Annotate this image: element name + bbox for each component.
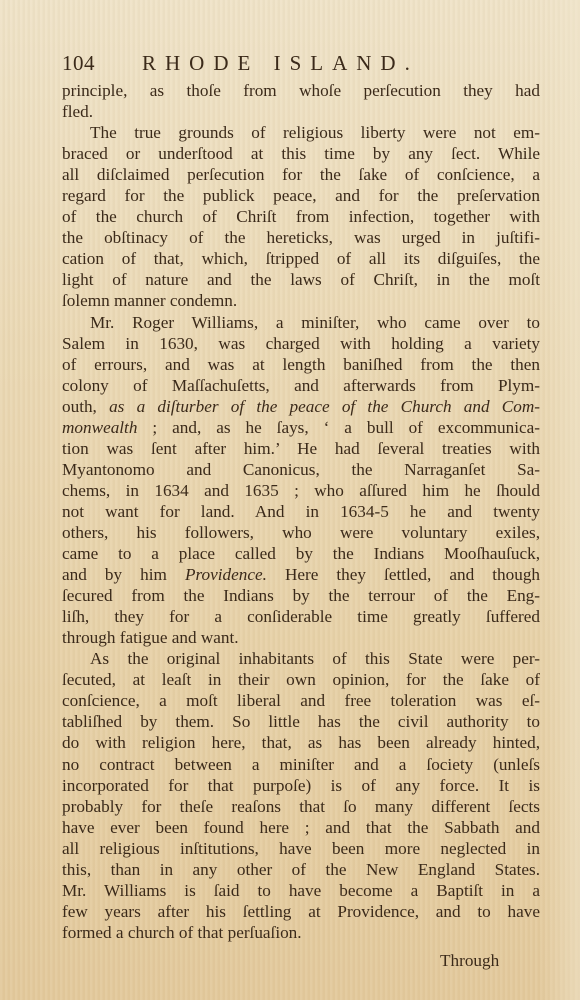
text-line: of the church of Chriſt from infection, …: [62, 206, 540, 227]
page-number: 104: [62, 48, 95, 78]
text-line: ſecuted, at leaſt in their own opinion, …: [62, 669, 540, 690]
text-line: few years after his ſettling at Providen…: [62, 901, 540, 922]
running-title: RHODE ISLAND.: [142, 48, 419, 78]
text-line: formed a church of that perſuaſion.: [62, 922, 540, 943]
text-line: all religious inſtitutions, have been mo…: [62, 838, 540, 859]
text-line: not want for land. And in 1634-5 he and …: [62, 501, 540, 522]
catchword: Through: [440, 950, 499, 972]
text-segment: Here they ſettled, and though: [267, 565, 540, 584]
text-line: probably for theſe reaſons that ſo many …: [62, 796, 540, 817]
text-line: through fatigue and want.: [62, 627, 540, 648]
text-line: outh, as a diſturber of the peace of the…: [62, 396, 540, 417]
text-line: principle, as thoſe from whoſe perſecuti…: [62, 80, 540, 101]
text-line: liſh, they for a conſiderable time great…: [62, 606, 540, 627]
book-page: 104 RHODE ISLAND. principle, as thoſe fr…: [0, 0, 580, 1000]
text-line: this, than in any other of the New Engla…: [62, 859, 540, 880]
text-line: As the original inhabitants of this Stat…: [62, 648, 540, 669]
text-line: the obſtinacy of the hereticks, was urge…: [62, 227, 540, 248]
italic-segment: Providence.: [185, 565, 267, 584]
page-header: 104 RHODE ISLAND.: [62, 48, 532, 78]
text-line: Salem in 1630, was charged with holding …: [62, 333, 540, 354]
text-line: colony of Maſſachuſetts, and afterwards …: [62, 375, 540, 396]
text-line: ſecured from the Indians by the terrour …: [62, 585, 540, 606]
text-line: light of nature and the laws of Chriſt, …: [62, 269, 540, 290]
italic-segment: monwealth: [62, 418, 137, 437]
text-line: do with religion here, that, as has been…: [62, 732, 540, 753]
text-line: came to a place called by the Indians Mo…: [62, 543, 540, 564]
text-line: Mr. Roger Williams, a miniſter, who came…: [62, 312, 540, 333]
text-line: tion was ſent after him.’ He had ſeveral…: [62, 438, 540, 459]
text-line: braced or underſtood at this time by any…: [62, 143, 540, 164]
text-line: regard for the publick peace, and for th…: [62, 185, 540, 206]
text-line: of errours, and was at length baniſhed f…: [62, 354, 540, 375]
body-text: principle, as thoſe from whoſe perſecuti…: [62, 80, 540, 943]
text-line: incorporated for that purpoſe) is of any…: [62, 775, 540, 796]
text-line: fled.: [62, 101, 540, 122]
text-segment: and by him: [62, 565, 185, 584]
text-segment: ; and, as he ſays, ‘ a bull of excommuni…: [137, 418, 540, 437]
text-segment: outh,: [62, 397, 109, 416]
text-line: Mr. Williams is ſaid to have become a Ba…: [62, 880, 540, 901]
text-line: no contract between a miniſter and a ſoc…: [62, 754, 540, 775]
text-line: Myantonomo and Canonicus, the Narraganſe…: [62, 459, 540, 480]
text-line: have ever been found here ; and that the…: [62, 817, 540, 838]
text-line: conſcience, a moſt liberal and free tole…: [62, 690, 540, 711]
italic-segment: as a diſturber of the peace of the Churc…: [109, 397, 540, 416]
text-line: and by him Providence. Here they ſettled…: [62, 564, 540, 585]
text-line: cation of that, which, ſtripped of all i…: [62, 248, 540, 269]
text-line: The true grounds of religious liberty we…: [62, 122, 540, 143]
text-line: all diſclaimed perſecution for the ſake …: [62, 164, 540, 185]
text-line: tabliſhed by them. So little has the civ…: [62, 711, 540, 732]
text-line: monwealth ; and, as he ſays, ‘ a bull of…: [62, 417, 540, 438]
text-line: chems, in 1634 and 1635 ; who aſſured hi…: [62, 480, 540, 501]
text-line: ſolemn manner condemn.: [62, 290, 540, 311]
text-line: others, his followers, who were voluntar…: [62, 522, 540, 543]
